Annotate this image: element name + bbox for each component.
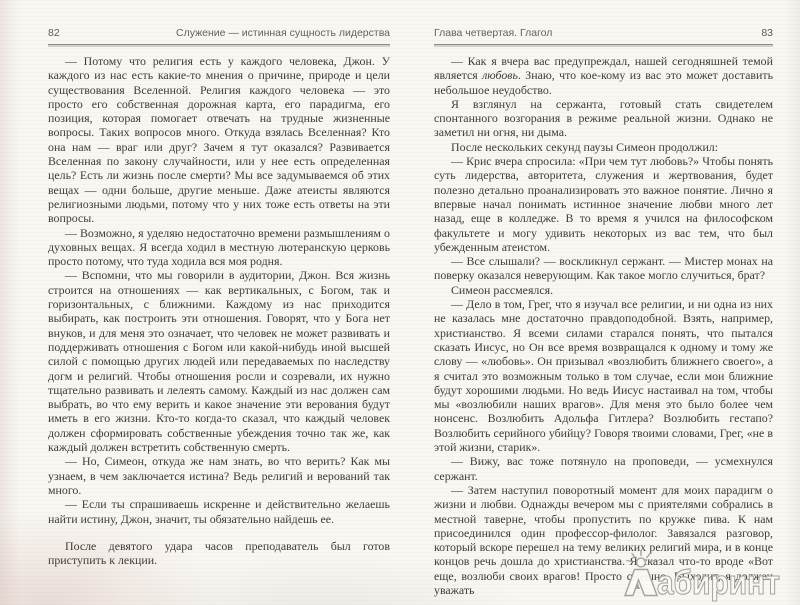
paragraph: — Вспомни, что мы говорили в аудитории, … [48,268,390,454]
italic-text: любовь [482,68,518,82]
running-head-title-left: Служение — истинная сущность лидерства [176,27,390,40]
book-page-left: 82 Служение — истинная сущность лидерств… [48,27,390,567]
paragraph: Я взглянул на сержанта, готовый стать св… [434,97,773,140]
page-number-right: 83 [761,27,773,40]
paragraph: — Вижу, вас тоже потянуло на проповеди, … [434,454,773,483]
paragraph: — Затем наступил поворотный момент для м… [434,483,773,597]
paragraph: — Дело в том, Грег, что я изучал все рел… [434,297,773,454]
paragraph: После девятого удара часов преподаватель… [48,539,390,568]
paragraph: — Если ты спрашиваешь искренне и действи… [48,497,390,526]
paragraph: — Как я вчера вас предупреждал, нашей се… [434,54,773,97]
paragraph: — Крис вчера спросила: «При чем тут любо… [434,154,773,254]
book-spread-photo: 82 Служение — истинная сущность лидерств… [0,0,800,605]
page-number-left: 82 [48,27,60,40]
running-head-left: 82 Служение — истинная сущность лидерств… [48,27,390,45]
running-head-title-right: Глава четвертая. Глагол [434,27,552,40]
page-text-left: — Потому что религия есть у каждого чело… [48,54,390,567]
book-page-right: Глава четвертая. Глагол 83 — Как я вчера… [434,27,773,597]
page-text-right: — Как я вчера вас предупреждал, нашей се… [434,54,773,597]
paragraph: — Но, Симеон, откуда же нам знать, во чт… [48,454,390,497]
paragraph: После нескольких секунд паузы Симеон про… [434,140,773,154]
paragraph: — Все слышали? — воскликнул сержант. — М… [434,254,773,283]
paragraph: Симеон рассмеялся. [434,283,773,297]
paragraph: — Потому что религия есть у каждого чело… [48,54,390,226]
running-head-right: Глава четвертая. Глагол 83 [434,27,773,45]
paragraph: — Возможно, я уделяю недостаточно времен… [48,226,390,269]
